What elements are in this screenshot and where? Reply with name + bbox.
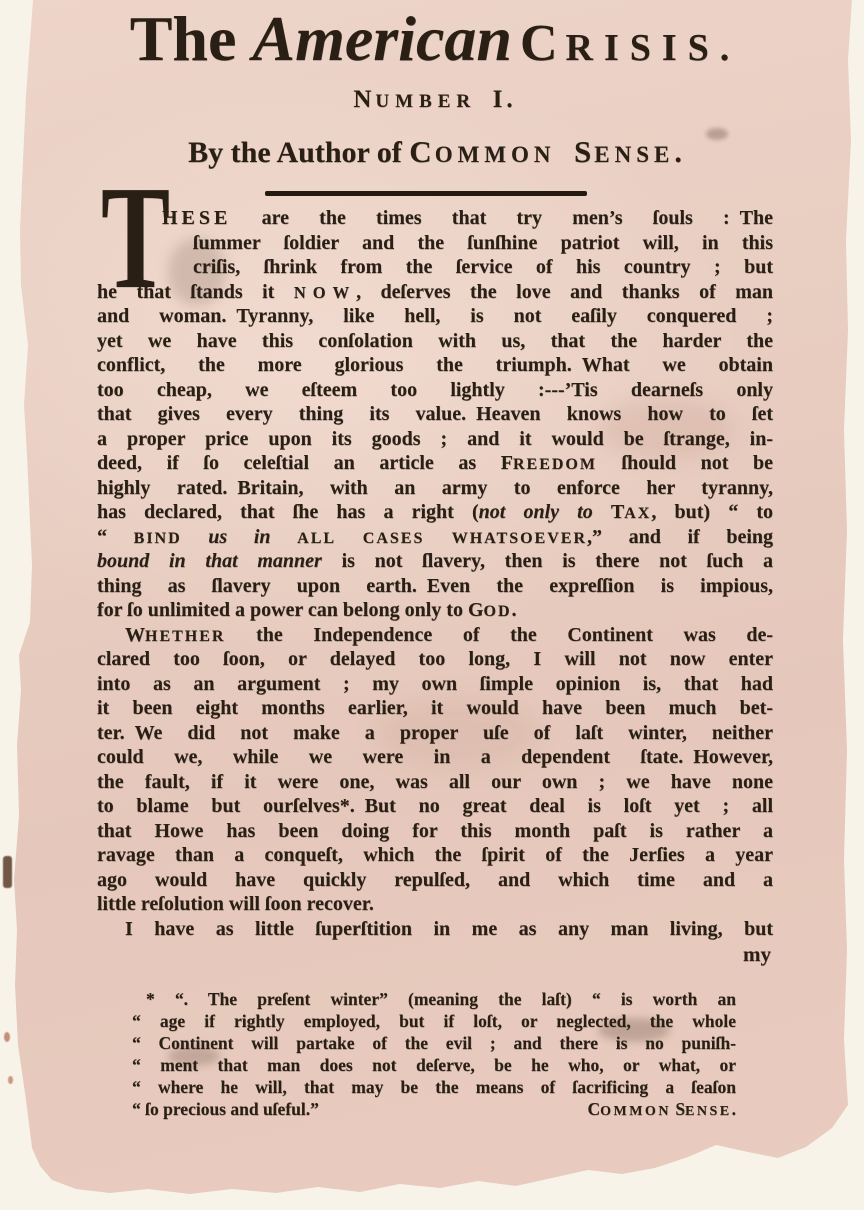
text-segment: HESE [162, 207, 231, 229]
printed-area: The AmericanCRISIS. NUMBER I. By the Aut… [97, 0, 773, 1210]
text-segment: yet we have this conſolation with us, th… [97, 330, 773, 352]
text-segment: . [732, 1099, 736, 1119]
text-line: criſis, ſhrink from the ſervice of his c… [97, 255, 773, 280]
text-segment: bound in that manner [97, 550, 322, 572]
text-segment: . [674, 136, 682, 169]
text-line: ter. We did not make a proper uſe of laſ… [97, 721, 773, 746]
text-segment: ſhould not be [597, 452, 773, 474]
text-segment: , but) “ to [651, 501, 773, 523]
issue-number: NUMBER I. [97, 86, 773, 114]
text-line: little reſolution will ſoon recover. [97, 892, 773, 917]
margin-ink-fleck [4, 1032, 10, 1042]
text-segment: NOW [294, 283, 356, 302]
text-segment: AX [624, 505, 651, 522]
text-line: the fault, if it were one, was all our o… [97, 770, 773, 795]
text-segment: UMBER [375, 91, 476, 112]
text-segment: us in [208, 526, 270, 548]
text-segment: RISIS. [566, 27, 741, 69]
text-segment: C [587, 1099, 600, 1119]
footnote-line: “ Continent will partake of the evil ; a… [132, 1032, 736, 1054]
text-segment: that Howe has been doing for this month … [97, 820, 773, 842]
text-segment: ,” and if being [587, 526, 773, 548]
text-line: has declared, that ſhe has a right (not … [97, 500, 773, 525]
text-segment: HETHER [145, 628, 225, 645]
text-segment: American [252, 3, 512, 74]
text-segment: The [130, 3, 253, 74]
drop-cap: T [101, 164, 170, 312]
text-segment: “ ſo precious and uſeful.” [132, 1099, 319, 1119]
text-line: HESE are the times that try men’s ſouls … [97, 206, 773, 231]
text-line: ago would have quickly repulſed, and whi… [97, 868, 773, 893]
text-segment: not only to [479, 501, 611, 523]
text-segment: “ age if rightly employed, but if loſt, … [132, 1011, 736, 1031]
text-line: I have as little ſuperſtition in me as a… [97, 917, 773, 942]
footnote-line: “ age if rightly employed, but if loſt, … [132, 1010, 736, 1032]
text-line: bound in that manner is not ſlavery, the… [97, 549, 773, 574]
text-segment: are the times that try men’s ſouls : The [231, 207, 773, 229]
text-segment: and woman. Tyranny, like hell, is not ea… [97, 305, 773, 327]
text-segment: BIND [134, 530, 182, 547]
text-line: too cheap, we eſteem too lightly :---’Ti… [97, 378, 773, 403]
text-line: deed, if ſo celeſtial an article as FREE… [97, 451, 773, 476]
text-segment: OMMON [435, 142, 556, 167]
text-segment: too cheap, we eſteem too lightly :---’Ti… [97, 379, 773, 401]
text-segment: conflict, the more glorious the triumph.… [97, 354, 773, 376]
text-line: to blame but ourſelves*. But no great de… [97, 794, 773, 819]
byline: By the Author of COMMON SENSE. [97, 134, 773, 170]
scan-background: { "colors": { "paper": "#e9cec2", "backg… [0, 0, 864, 1210]
text-line: ſummer ſoldier and the ſunſhine patriot … [97, 231, 773, 256]
text-segment: the Independence of the Continent was de… [225, 624, 773, 646]
text-line: clared too ſoon, or delayed too long, I … [97, 647, 773, 672]
text-segment: “ Continent will partake of the evil ; a… [132, 1033, 736, 1053]
text-segment: OMMON [600, 1104, 671, 1119]
text-segment: could we, while we were in a dependent ſ… [97, 746, 773, 768]
text-segment: S [671, 1099, 685, 1119]
text-segment: thing as ſlavery upon earth. Even the ex… [97, 575, 773, 597]
text-line: a proper price upon its goods ; and it w… [97, 427, 773, 452]
text-segment: W [125, 624, 145, 646]
margin-ink-fleck [8, 1076, 13, 1084]
text-segment: the fault, if it were one, was all our o… [97, 771, 773, 793]
text-segment: highly rated. Britain, with an army to e… [97, 477, 773, 499]
text-line: and woman. Tyranny, like hell, is not ea… [97, 304, 773, 329]
text-segment: G [468, 599, 484, 621]
text-segment: “ [97, 526, 134, 548]
text-segment: ALL CASES WHATSOEVER [297, 530, 587, 547]
text-line: he that ſtands it NOW, deſerves the love… [97, 280, 773, 305]
text-segment: has declared, that ſhe has a right ( [97, 501, 479, 523]
text-segment: deed, if ſo celeſtial an article as [97, 452, 501, 474]
text-segment: ſummer ſoldier and the ſunſhine patriot … [193, 232, 773, 254]
text-segment: is not ſlavery, then is there not ſuch a [322, 550, 773, 572]
text-segment: F [501, 452, 513, 474]
text-segment: to blame but ourſelves*. But no great de… [97, 795, 773, 817]
text-segment: into as an argument ; my own ſimple opin… [97, 673, 773, 695]
text-segment: . [512, 599, 517, 621]
text-line: into as an argument ; my own ſimple opin… [97, 672, 773, 697]
text-segment: By the Author of [188, 136, 409, 169]
text-line: WHETHER the Independence of the Continen… [97, 623, 773, 648]
text-line: “ BIND us in ALL CASES WHATSOEVER,” and … [97, 525, 773, 550]
text-segment: “ where he will, that may be the means o… [132, 1077, 736, 1097]
text-segment: I have as little ſuperſtition in me as a… [125, 918, 773, 940]
text-segment: N [353, 86, 375, 113]
text-segment: it been eight months earlier, it would h… [97, 697, 773, 719]
text-segment: ravage than a conqueſt, which the ſpirit… [97, 844, 773, 866]
text-segment: a proper price upon its goods ; and it w… [97, 428, 773, 450]
text-segment: REEDOM [513, 456, 597, 473]
footnote-line: “ ment that man does not deſerve, be he … [132, 1054, 736, 1076]
text-segment: that gives every thing its value. Heaven… [97, 403, 773, 425]
text-segment: “ ment that man does not deſerve, be he … [132, 1055, 736, 1075]
footnote-signature: COMMON SENSE. [587, 1098, 736, 1123]
text-segment: C [409, 134, 434, 169]
text-segment: S [556, 134, 595, 169]
title-rule [265, 191, 587, 196]
text-segment: OD [484, 603, 512, 620]
margin-ink-mark [3, 856, 12, 888]
catchword: my [97, 941, 773, 967]
footnote-line: * “. The preſent winter” (meaning the la… [132, 988, 736, 1010]
text-segment: I. [476, 86, 516, 113]
footnote: * “. The preſent winter” (meaning the la… [132, 988, 736, 1123]
text-line: it been eight months earlier, it would h… [97, 696, 773, 721]
text-segment [271, 526, 298, 548]
text-line: thing as ſlavery upon earth. Even the ex… [97, 574, 773, 599]
paragraph: I have as little ſuperſtition in me as a… [97, 917, 773, 942]
text-segment: , deſerves the love and thanks of man [356, 281, 773, 303]
text-line: for ſo unlimited a power can belong only… [97, 598, 773, 623]
text-segment: ENSE [594, 142, 674, 167]
text-segment: little reſolution will ſoon recover. [97, 893, 374, 915]
text-segment: for ſo unlimited a power can belong only… [97, 599, 468, 621]
text-segment: clared too ſoon, or delayed too long, I … [97, 648, 773, 670]
text-line: ravage than a conqueſt, which the ſpirit… [97, 843, 773, 868]
text-segment [182, 526, 209, 548]
body-text: THESE are the times that try men’s ſouls… [97, 206, 773, 967]
footnote-line: COMMON SENSE.“ ſo precious and uſeful.” [132, 1098, 736, 1120]
text-segment: * “. The preſent winter” (meaning the la… [146, 989, 736, 1009]
text-segment: criſis, ſhrink from the ſervice of his c… [193, 256, 773, 278]
text-line: that Howe has been doing for this month … [97, 819, 773, 844]
text-segment: ter. We did not make a proper uſe of laſ… [97, 722, 773, 744]
paragraph: WHETHER the Independence of the Continen… [97, 623, 773, 917]
text-line: yet we have this conſolation with us, th… [97, 329, 773, 354]
text-line: could we, while we were in a dependent ſ… [97, 745, 773, 770]
text-line: highly rated. Britain, with an army to e… [97, 476, 773, 501]
text-segment: C [520, 15, 566, 72]
text-segment: ENSE [685, 1104, 732, 1119]
text-line: that gives every thing its value. Heaven… [97, 402, 773, 427]
text-segment: T [611, 501, 624, 523]
document-title: The AmericanCRISIS. [97, 2, 773, 76]
text-segment: ago would have quickly repulſed, and whi… [97, 869, 773, 891]
paragraph: THESE are the times that try men’s ſouls… [97, 206, 773, 623]
text-line: conflict, the more glorious the triumph.… [97, 353, 773, 378]
footnote-line: “ where he will, that may be the means o… [132, 1076, 736, 1098]
